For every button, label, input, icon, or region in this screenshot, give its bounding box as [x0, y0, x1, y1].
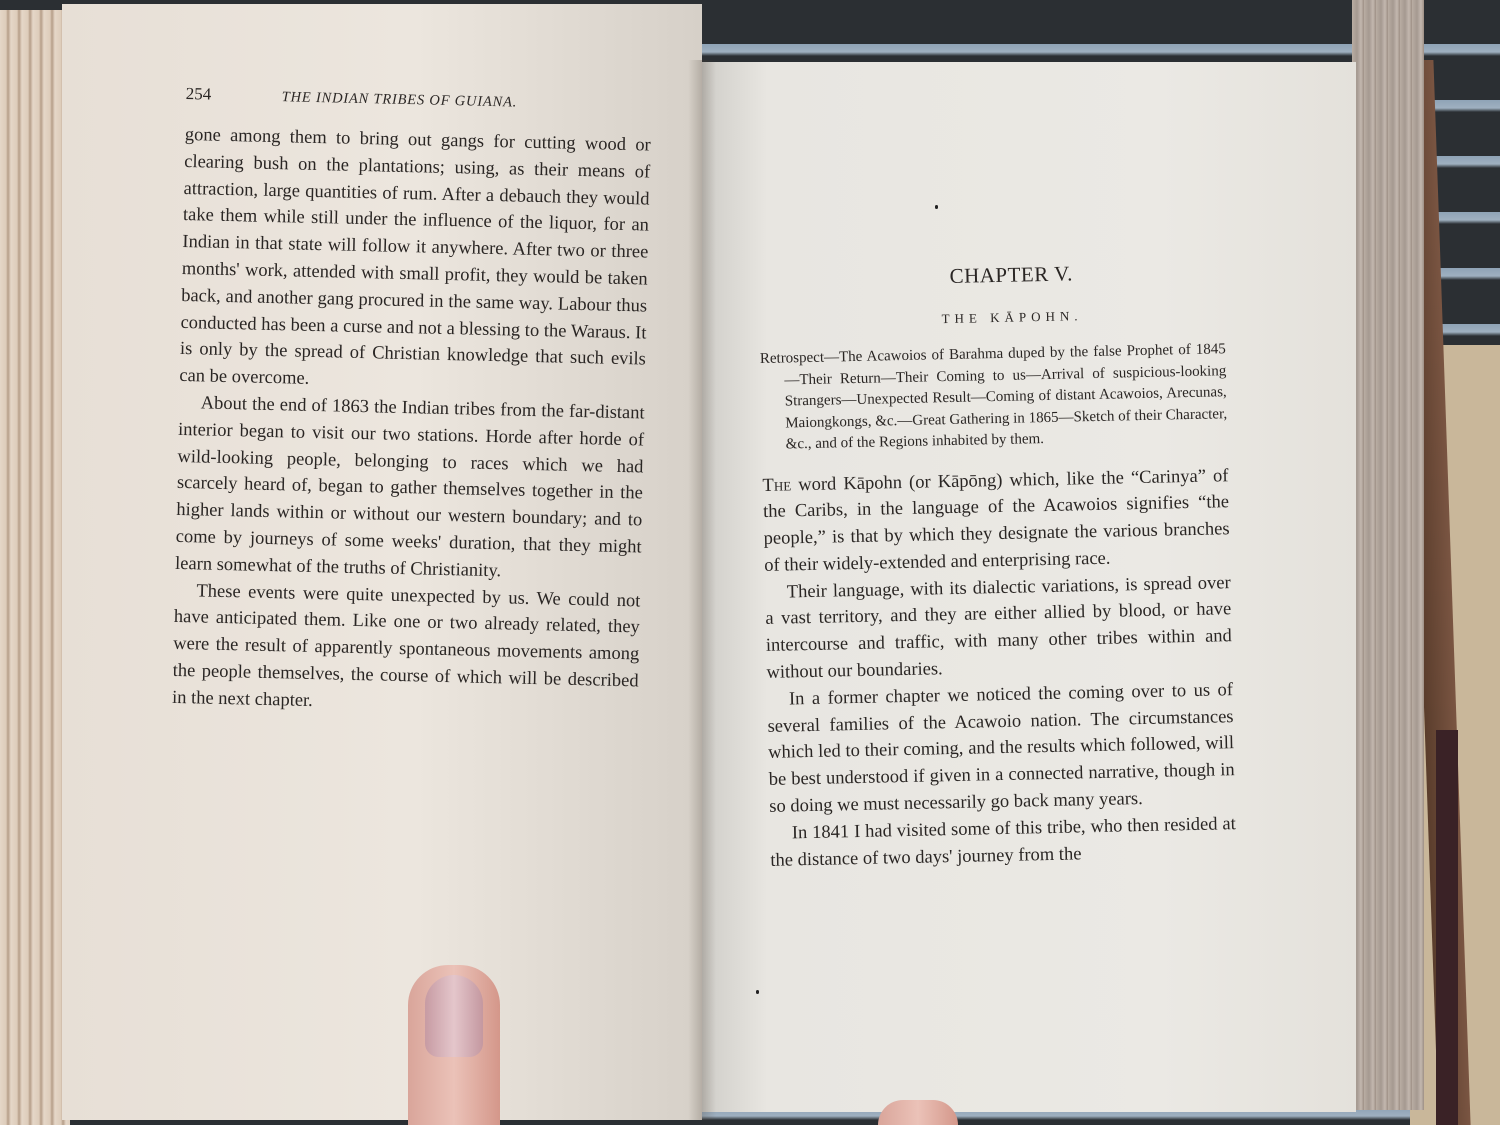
paragraph: These events were quite unexpected by us…	[172, 577, 641, 722]
thumbnail-left	[425, 975, 483, 1057]
paragraph: In 1841 I had visited some of this tribe…	[770, 811, 1237, 874]
paper-speck	[935, 205, 938, 209]
book-cover-corner	[1436, 730, 1458, 1125]
chapter-synopsis: Retrospect—The Acawoios of Barahma duped…	[760, 339, 1228, 456]
paragraph: About the end of 1863 the Indian tribes …	[175, 390, 645, 588]
page-edges-right	[1352, 0, 1424, 1110]
paragraph-text: word Kāpohn (or Kāpōng) which, like the …	[763, 466, 1230, 576]
page-edges-left	[0, 10, 70, 1125]
paper-speck	[756, 990, 759, 994]
running-head: THE INDIAN TRIBES OF GUIANA.	[282, 89, 518, 111]
thumb-right	[878, 1100, 958, 1125]
left-page-text: 254 THE INDIAN TRIBES OF GUIANA. gone am…	[172, 84, 652, 722]
paragraph: In a former chapter we noticed the comin…	[767, 677, 1236, 821]
book-gutter	[688, 60, 716, 1120]
paragraph: gone among them to bring out gangs for c…	[179, 122, 651, 400]
paragraph: Their language, with its dialectic varia…	[765, 570, 1233, 687]
right-page-text: CHAPTER V. THE KĀPOHN. Retrospect—The Ac…	[758, 258, 1237, 874]
paragraph: The word Kāpohn (or Kāpōng) which, like …	[762, 463, 1230, 580]
first-word: The	[762, 475, 791, 496]
chapter-title: THE KĀPOHN.	[799, 305, 1225, 330]
page-number: 254	[186, 84, 282, 106]
